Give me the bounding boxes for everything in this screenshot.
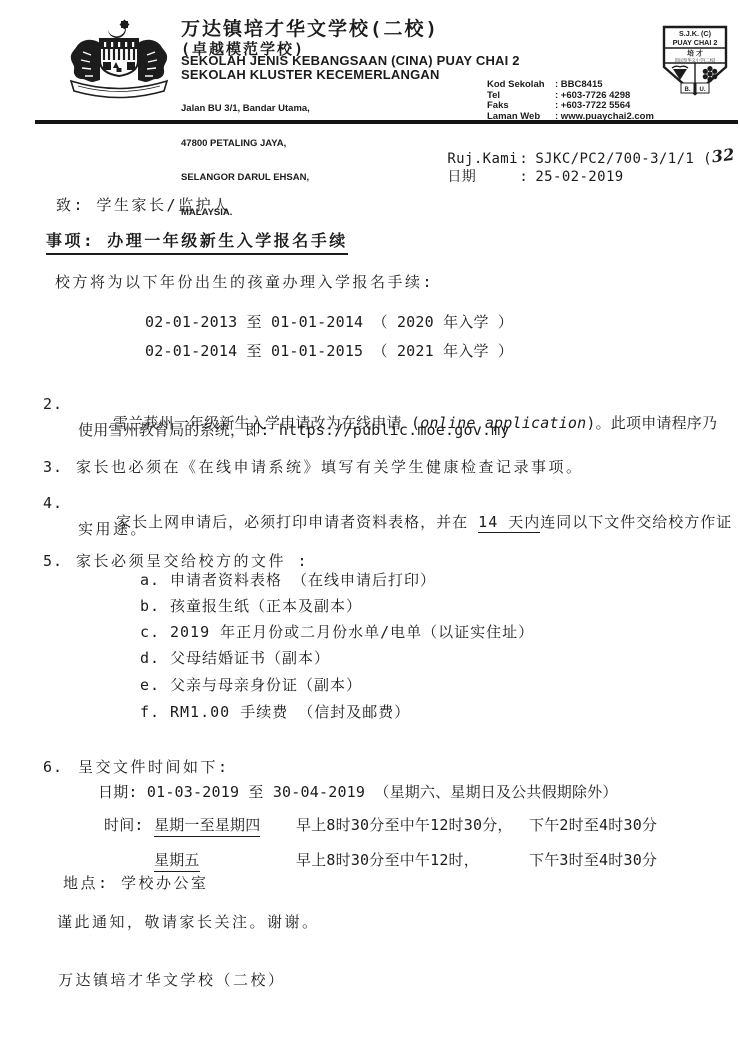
address-line: Jalan BU 3/1, Bandar Utama, [181,103,310,115]
signoff-school-name: 万达镇培才华文学校（二校） [58,971,286,990]
handwritten-serial-number: 32 [711,144,736,167]
item4-line2: 实用途。 [78,520,148,539]
item4-text: 连同以下文件交给校方作证 [540,513,732,531]
birth-range-line: 02-01-2014 至 01-01-2015 （ 2021 年入学 ） [145,342,513,361]
doc-letter: c. [140,623,170,642]
item3-text: 家长也必须在《在线申请系统》填写有关学生健康检查记录事项。 [76,458,584,477]
address-line: 47800 PETALING JAYA, [181,138,310,150]
time-morning-friday: 早上8时30分至中午12时， [296,851,479,870]
item-number: 5. [43,552,63,571]
school-name-malay-line1: SEKOLAH JENIS KEBANGSAAN (CINA) PUAY CHA… [181,53,520,68]
doc-text: RM1.00 手续费 （信封及邮费） [170,703,410,721]
doc-text: 父亲与母亲身份证（副本） [170,676,362,694]
item2-text: )。此项申请程序乃 [586,414,717,432]
doc-text: 父母结婚证书（副本） [170,649,330,667]
doc-letter: b. [140,597,170,616]
badge-line2: PUAY CHAI 2 [673,38,718,47]
intro-line: 校方将为以下年份出生的孩童办理入学报名手续: [55,273,434,292]
subject-line: 事项: 办理一年级新生入学报名手续 [46,231,348,255]
malaysia-coat-of-arms-icon [58,18,180,106]
date-label: 日期 [447,169,519,187]
addressee-line: 致: 学生家长/监护人 [56,196,231,215]
contact-label: Kod Sekolah [487,80,555,91]
school-address: Jalan BU 3/1, Bandar Utama, 47800 PETALI… [181,80,310,241]
header-divider [35,120,738,124]
closing-line: 谨此通知，敬请家长关注。谢谢。 [57,913,320,932]
doc-letter: a. [140,571,170,590]
item-number: 3. [43,458,63,477]
document-list-item: d.父母结婚证书（副本） [140,649,330,668]
document-list-item: c.2019 年正月份或二月份水单/电单（以证实住址） [140,623,534,642]
badge-line4: 国民型华文小学(二校) [675,57,716,64]
birth-range-line: 02-01-2013 至 01-01-2014 （ 2020 年入学 ） [145,313,513,332]
contact-value: : +603-7722 5564 [555,100,630,111]
document-list-item: a.申请者资料表格 （在线申请后打印） [140,571,436,590]
document-list-item: e.父亲与母亲身份证（副本） [140,676,362,695]
badge-b-initial: B. [685,87,691,93]
time-morning-mon-thu: 早上8时30分至中午12时30分， [296,816,513,835]
date-colon: : [519,169,535,187]
doc-text: 孩童报生纸（正本及副本） [170,597,362,615]
letter-date-line: 日期:25-02-2019 [412,151,624,204]
doc-text: 申请者资料表格 （在线申请后打印） [170,571,436,589]
underlined-days: 星期五 [154,851,200,872]
contact-value: : +603-7726 4298 [555,90,630,101]
badge-line1: S.J.K. (C) [679,29,712,38]
school-badge-icon: S.J.K. (C) PUAY CHAI 2 培 才 国民型华文小学(二校) B… [661,24,729,98]
submission-date-line: 日期: 01-03-2019 至 30-04-2019 （星期六、星期日及公共假… [98,783,618,802]
doc-letter: f. [140,703,170,722]
doc-letter: d. [140,649,170,668]
item6-heading: 呈交文件时间如下: [78,758,230,777]
time-label: 时间: [104,816,144,835]
time-days-mon-thu: 星期一至星期四 [154,816,260,835]
item5-heading: 家长必须呈交给校方的文件 : [76,552,309,571]
time-days-friday: 星期五 [154,851,200,870]
address-line: SELANGOR DARUL EHSAN, [181,172,310,184]
item2-line2: 使用雪州教育局的系统，即: https://public.moe.gov.my [78,421,510,440]
time-afternoon-mon-thu: 下午2时至4时30分 [529,816,657,835]
item-number: 6. [43,758,63,777]
badge-u-initial: U. [700,87,706,93]
school-contact-block: Kod Sekolah: BBC8415 Tel: +603-7726 4298… [487,80,654,122]
document-list-item: f.RM1.00 手续费 （信封及邮费） [140,703,410,722]
underlined-days: 星期一至星期四 [154,816,260,837]
doc-letter: e. [140,676,170,695]
location-line: 地点: 学校办公室 [63,874,209,893]
item-number: 2. [43,395,63,414]
item4-underlined-text: 14 天内 [478,513,540,533]
item-number: 4. [43,494,63,513]
school-name-chinese: 万达镇培才华文学校(二校) [181,14,439,41]
contact-value: : BBC8415 [555,79,603,90]
time-afternoon-friday: 下午3时至4时30分 [529,851,657,870]
date-value: 25-02-2019 [535,169,623,185]
item4-line1: 家长上网申请后，必须打印申请者资料表格，并在 14 天内连同以下文件交给校方作证 [76,494,732,550]
badge-line3: 培 才 [687,49,703,58]
doc-text: 2019 年正月份或二月份水单/电单（以证实住址） [170,623,534,641]
letter-page: 万达镇培才华文学校(二校) (卓越模范学校) SEKOLAH JENIS KEB… [0,0,740,1061]
item4-text: 家长上网申请后，必须打印申请者资料表格，并在 [116,513,478,531]
document-list-item: b.孩童报生纸（正本及副本） [140,597,362,616]
